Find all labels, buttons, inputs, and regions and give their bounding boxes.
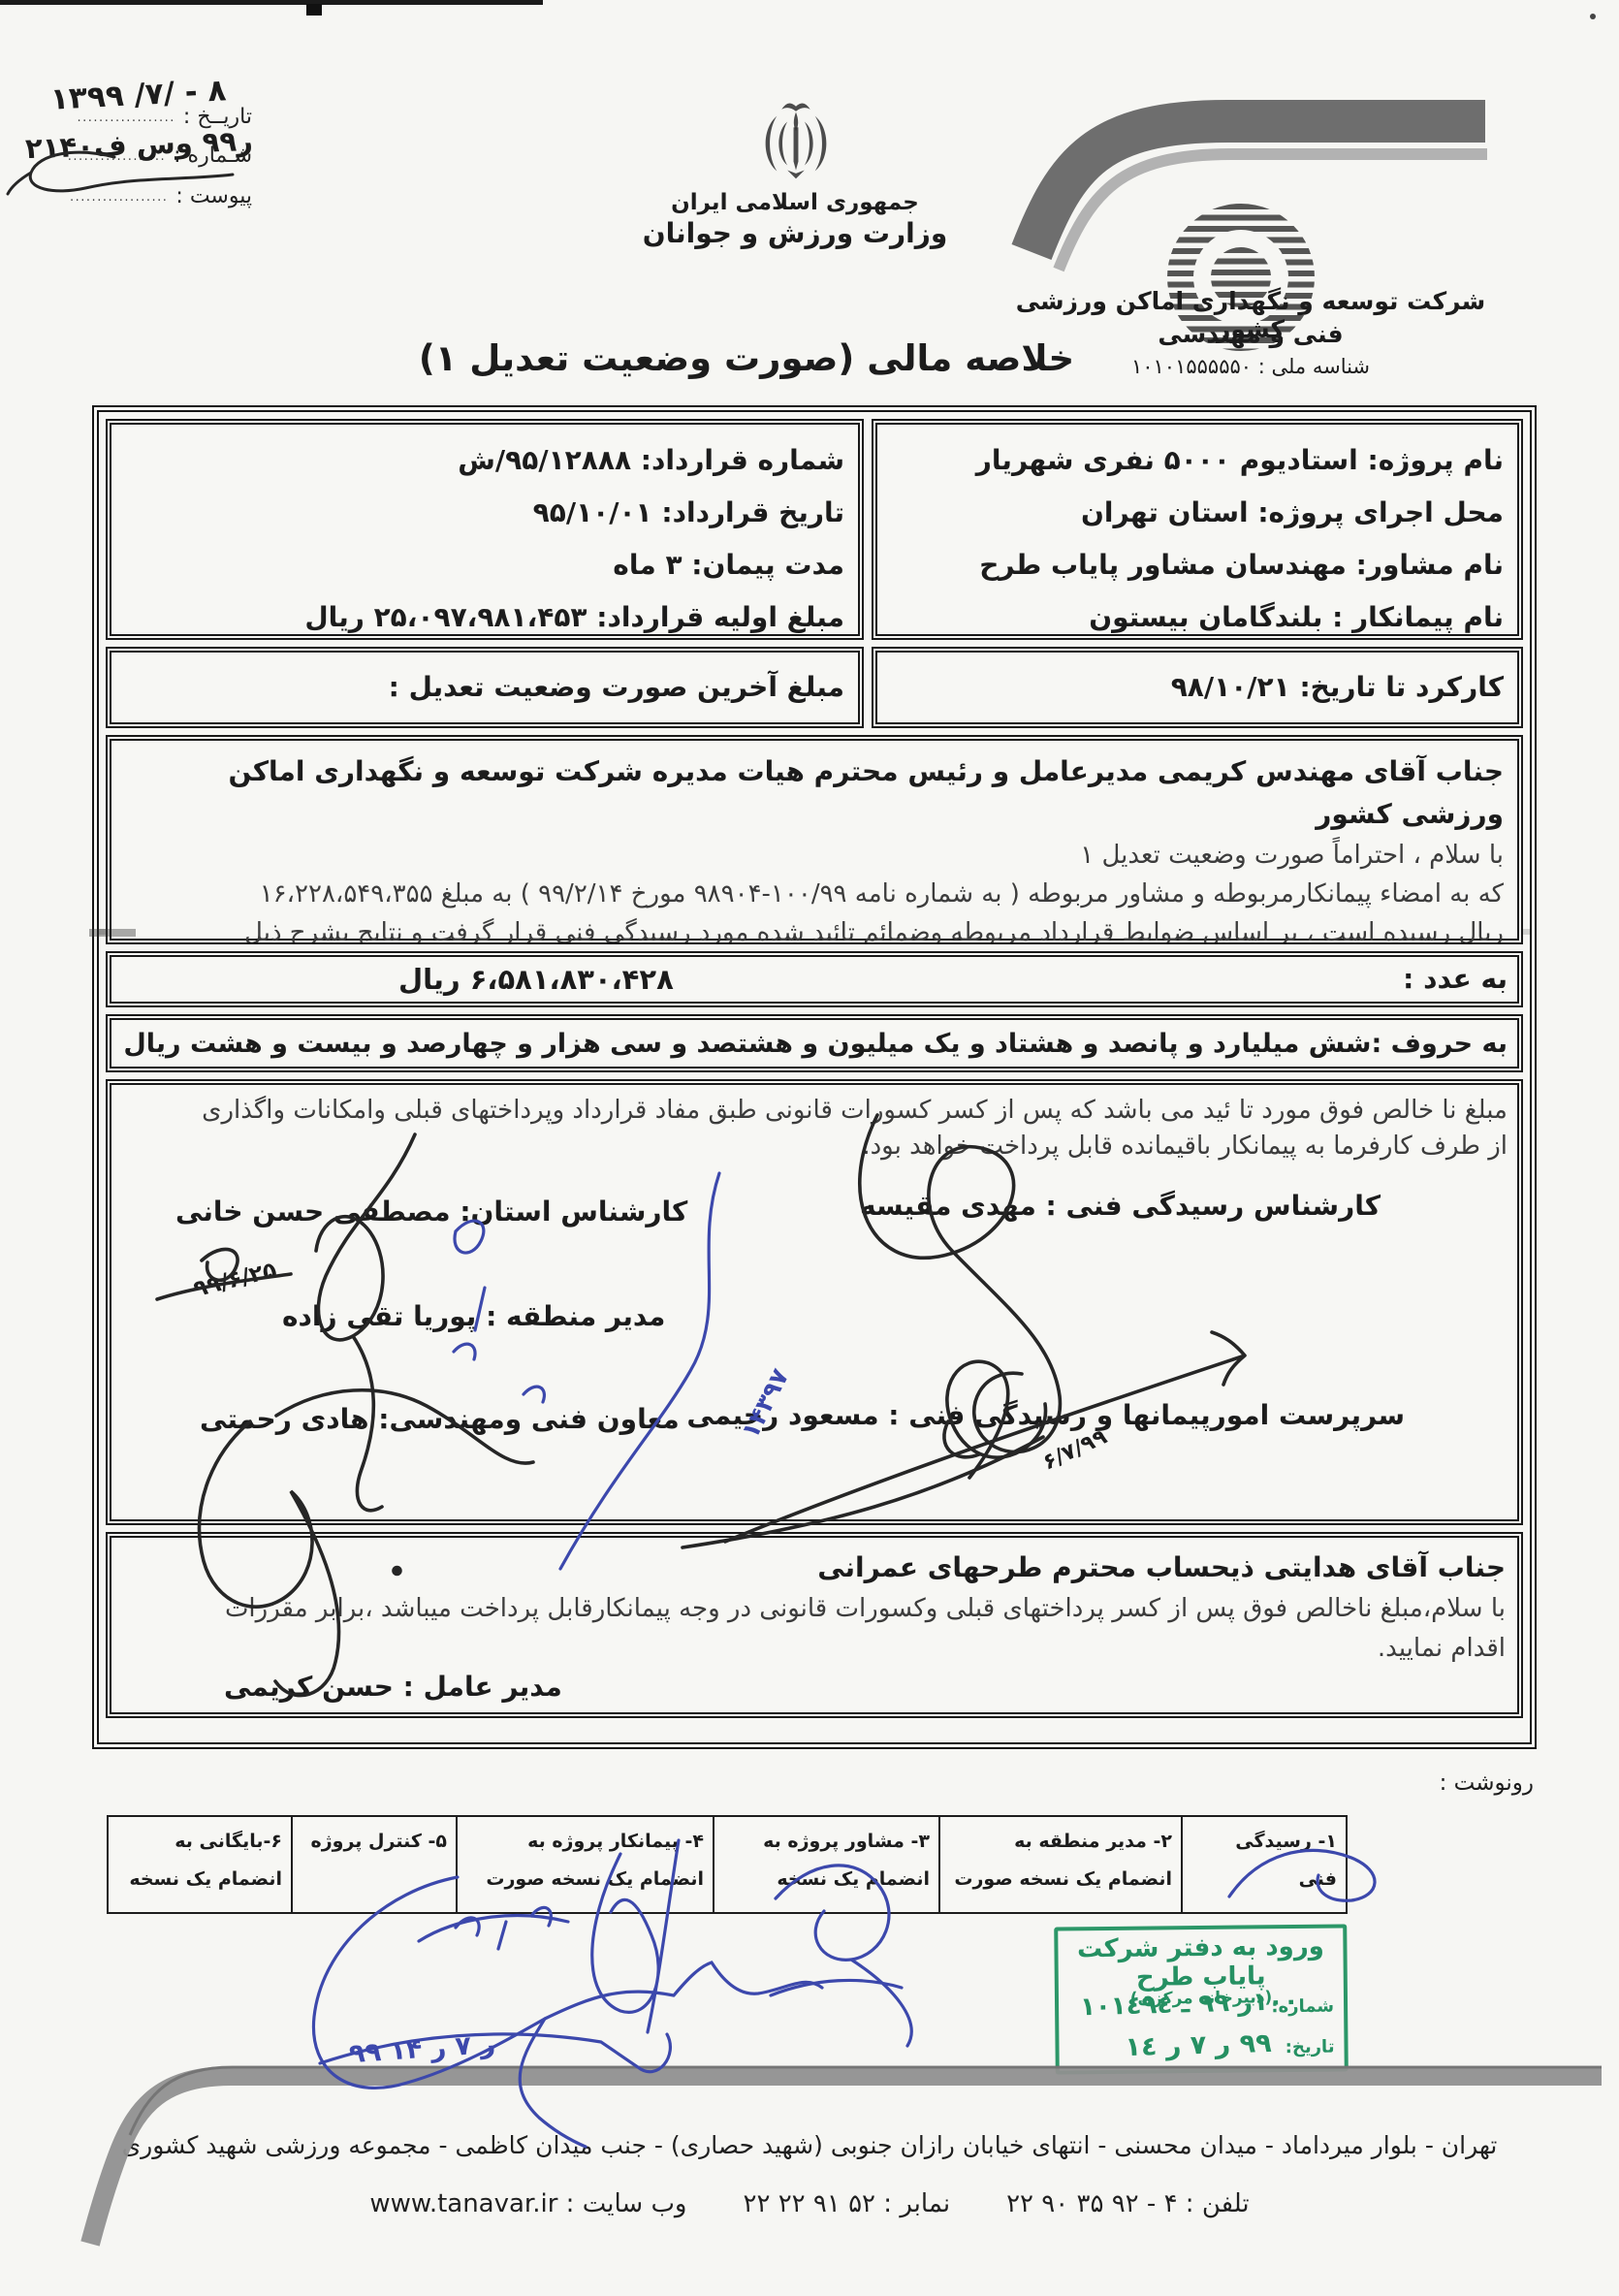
letter1-row: جناب آقای مهندس کریمی مدیرعامل و رئیس مح… — [106, 735, 1523, 944]
main-table: نام پروژه: استادیوم ۵۰۰۰ نفری شهریار محل… — [92, 405, 1537, 1749]
handwritten-date-1: ۹۹/۶/۲۵ — [191, 1258, 279, 1302]
amount-digits-label: به عدد : — [1403, 953, 1508, 1005]
country-name: جمهوری اسلامی ایران — [620, 190, 969, 215]
scanned-document-page: تاریــخ : .................. شـماره : ..… — [0, 0, 1619, 2296]
copy-item-4: ۴- پیمانکار پروژه به انضمام یک نسخه صورت… — [456, 1817, 713, 1912]
footer-address: تهران - بلوار میرداماد - میدان محسنی - ا… — [0, 2131, 1619, 2159]
contract-duration: مدت پیمان: ۳ ماه — [125, 539, 844, 591]
project-name: نام پروژه: استادیوم ۵۰۰۰ نفری شهریار — [891, 434, 1504, 487]
attachment-label: پیوست : — [175, 184, 252, 208]
approval-row: مبلغ نا خالص فوق مورد تا ئید می باشد که … — [106, 1079, 1523, 1525]
stamp-number-value: ١٠٠ر ٩٩ ـ ١٠١٤٩٤ — [1080, 1987, 1299, 2022]
handwritten-date-2: ۶/۷/۹۹ — [1039, 1424, 1111, 1475]
letter1-salutation: با سلام ، احتراماً صورت وضعیت تعدیل ۱ — [125, 836, 1504, 875]
approval-text-1: مبلغ نا خالص فوق مورد تا ئید می باشد که … — [121, 1093, 1508, 1129]
ceo-signer: مدیر عامل : حسن کریمی — [224, 1671, 562, 1703]
contract-initial-amount: مبلغ اولیه قرارداد: ۲۵،۰۹۷،۹۸۱،۴۵۳ ریال — [125, 591, 844, 640]
letter2-cell: جناب آقای هدایتی ذیحساب محترم طرحهای عمر… — [106, 1532, 1523, 1718]
region-manager: مدیر منطقه : پوریا تقی زاده — [282, 1300, 665, 1332]
scan-edge-blob — [306, 4, 322, 16]
amount-digits-cell: به عدد : ۶،۵۸۱،۸۳۰،۴۲۸ ریال — [106, 951, 1523, 1007]
copy-item-2: ۲- مدیر منطقه به انضمام یک نسخه صورت وضع… — [938, 1817, 1181, 1912]
footer-phone: تلفن : ۴ - ۹۲ ۳۵ ۹۰ ۲۲ — [1006, 2189, 1250, 2218]
stamp-date-label: تاریخ: — [1286, 2037, 1335, 2058]
letter1-body-1: که به امضاء پیمانکارمربوطه و مشاور مربوط… — [125, 875, 1504, 913]
approval-text-2: از طرف کارفرما به پیمانکار باقیمانده قاب… — [121, 1129, 1508, 1164]
contract-info-cell: شماره قرارداد: ۹۵/۱۲۸۸۸/ش تاریخ قرارداد:… — [106, 419, 864, 640]
amount-digits-value: ۶،۵۸۱،۸۳۰،۴۲۸ ریال — [398, 963, 674, 996]
province-expert: کارشناس استان: مصطفی حسن خانی — [175, 1196, 687, 1228]
technical-deputy: معاون فنی ومهندسی: هادی رحمتی — [200, 1403, 680, 1435]
copies-label: رونوشت : — [1440, 1770, 1534, 1796]
progress-cell: کارکرد تا تاریخ: ۹۸/۱۰/۲۱ — [872, 647, 1523, 728]
amount-words-cell: به حروف : شش میلیارد و پانصد و هشتاد و ی… — [106, 1014, 1523, 1072]
contracts-supervisor: سرپرست امورپیمانها و رسیدگی فنی : مسعود … — [686, 1399, 1405, 1431]
document-title: خلاصه مالی (صورت وضعیت تعدیل ۱) — [407, 337, 1086, 379]
iran-emblem-icon — [748, 97, 843, 192]
letter2-row: جناب آقای هدایتی ذیحساب محترم طرحهای عمر… — [106, 1532, 1523, 1718]
amount-digits-row: به عدد : ۶،۵۸۱،۸۳۰،۴۲۸ ریال — [106, 951, 1523, 1007]
copy-item-6: ۶-بایگانی به انضمام یک نسخه صورت وضعیت — [109, 1817, 291, 1912]
copy-item-1: ۱- رسیدگی فنی — [1181, 1817, 1346, 1912]
last-adjust-cell: مبلغ آخرین صورت وضعیت تعدیل : — [106, 647, 864, 728]
letter1-addressee: جناب آقای مهندس کریمی مدیرعامل و رئیس مح… — [125, 750, 1504, 836]
contract-number: شماره قرارداد: ۹۵/۱۲۸۸۸/ش — [125, 434, 844, 487]
approval-cell: مبلغ نا خالص فوق مورد تا ئید می باشد که … — [106, 1079, 1523, 1525]
distribution-table: ۱- رسیدگی فنی ۲- مدیر منطقه به انضمام یک… — [107, 1815, 1348, 1914]
attachment-dots: .................. — [70, 190, 168, 208]
copy-item-3: ۳- مشاور پروژه به انضمام یک نسخه صورت وض… — [713, 1817, 938, 1912]
ministry-name: وزارت ورزش و جوانان — [620, 217, 969, 249]
letter2-addressee: جناب آقای هدایتی ذیحساب محترم طرحهای عمر… — [123, 1547, 1506, 1588]
letterhead-attachment-row: پیوست : .................. — [29, 184, 252, 208]
scan-edge-line — [0, 0, 543, 5]
letter1-cell: جناب آقای مهندس کریمی مدیرعامل و رئیس مح… — [106, 735, 1523, 944]
amount-words-row: به حروف : شش میلیارد و پانصد و هشتاد و ی… — [106, 1014, 1523, 1072]
copy-item-5: ۵- کنترل پروژه — [291, 1817, 456, 1912]
progress-row: کارکرد تا تاریخ: ۹۸/۱۰/۲۱ مبلغ آخرین صور… — [106, 647, 1523, 728]
letter1-body-2: ریال رسیده است ، بر اساس ضوابط قرارداد م… — [125, 913, 1504, 944]
technical-review-expert: کارشناس رسیدگی فنی : مهدی مقیسه — [860, 1190, 1381, 1222]
letter2-body-2: اقدام نمایید. — [123, 1629, 1506, 1668]
last-adjust-label: مبلغ آخرین صورت وضعیت تعدیل : — [389, 661, 844, 714]
project-info-cell: نام پروژه: استادیوم ۵۰۰۰ نفری شهریار محل… — [872, 419, 1523, 640]
letter2-body-1: با سلام،مبلغ ناخالص فوق پس از کسر پرداخت… — [123, 1588, 1506, 1629]
footer-contacts: تلفن : ۴ - ۹۲ ۳۵ ۹۰ ۲۲ نمابر : ۵۲ ۹۱ ۲۲ … — [0, 2189, 1619, 2218]
scan-speck — [1590, 14, 1596, 19]
consultant-name: نام مشاور: مهندسان مشاور پایاب طرح — [891, 539, 1504, 591]
contract-date: تاریخ قرارداد: ۹۵/۱۰/۰۱ — [125, 487, 844, 539]
stamp-date-value: ٩٩ ر ٧ ر ١٤ — [1125, 2028, 1272, 2062]
amount-words-label: به حروف : — [1371, 1029, 1508, 1059]
project-location: محل اجرای پروژه: استان تهران — [891, 487, 1504, 539]
footer-fax: نمابر : ۵۲ ۹۱ ۲۲ ۲۲ — [743, 2189, 950, 2218]
amount-words-value: شش میلیارد و پانصد و هشتاد و یک میلیون و… — [123, 1029, 1371, 1059]
progress-to-date: کارکرد تا تاریخ: ۹۸/۱۰/۲۱ — [1171, 661, 1504, 714]
ministry-block: جمهوری اسلامی ایران وزارت ورزش و جوانان — [620, 190, 969, 249]
entry-stamp: ورود به دفتر شرکت پایاب طرح (دبیرخانه مر… — [1054, 1924, 1349, 2074]
contractor-name: نام پیمانکار : بلندگامان بیستون — [891, 591, 1504, 640]
handwritten-bottom-date: ۹۹ ر ۷ ر ۱۴ — [348, 2029, 496, 2069]
stamp-title: ورود به دفتر شرکت پایاب طرح — [1058, 1931, 1344, 1993]
info-row: نام پروژه: استادیوم ۵۰۰۰ نفری شهریار محل… — [106, 419, 1523, 640]
footer-website: وب سایت : www.tanavar.ir — [369, 2189, 686, 2218]
